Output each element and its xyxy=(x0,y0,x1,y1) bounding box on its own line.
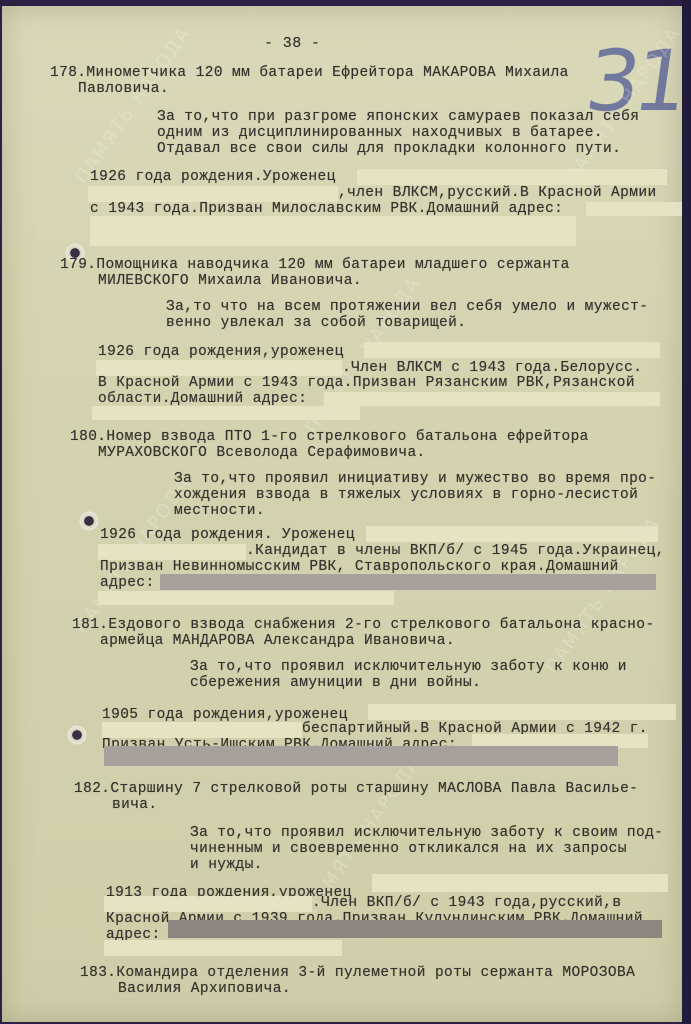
redaction-box xyxy=(104,896,312,912)
redaction-box xyxy=(98,591,394,605)
entry-heading: 181.Ездового взвода снабжения 2-го стрел… xyxy=(72,618,655,633)
bio-text: 1926 года рождения.Уроженец xyxy=(90,170,336,185)
merit-text: и нужды. xyxy=(190,858,263,873)
redaction-box xyxy=(364,342,660,358)
redaction-box xyxy=(357,169,667,185)
redaction-box xyxy=(372,874,668,892)
bio-text: с 1943 года.Призван Милославским РВК.Дом… xyxy=(90,202,563,217)
redaction-box xyxy=(88,186,338,202)
bio-text: области.Домашний адрес: xyxy=(98,392,307,407)
merit-text: чиненным и своевременно откликался на их… xyxy=(190,842,627,857)
page-number: - 38 - xyxy=(264,36,320,51)
entry-heading: 179.Помощника наводчика 120 мм батареи м… xyxy=(60,258,570,273)
redaction-box xyxy=(368,704,676,720)
bio-text: Призван Невинномысским РВК, Ставропольск… xyxy=(100,560,619,575)
redaction-box xyxy=(104,940,342,956)
star-stamp-icon xyxy=(66,724,88,746)
entry-heading: Василия Архиповича. xyxy=(118,982,291,997)
bio-text: .Член ВКП/б/ с 1943 года,русский,в xyxy=(312,896,621,911)
merit-text: местности. xyxy=(174,504,265,519)
entry-heading: МИЛЕВСКОГО Михаила Ивановича. xyxy=(98,274,362,289)
bio-text: В Красной Армии с 1943 года.Призван Ряза… xyxy=(98,376,635,391)
bio-text: .Кандидат в члены ВКП/б/ с 1945 года.Укр… xyxy=(246,544,665,559)
redaction-box xyxy=(102,722,302,738)
entry-heading: 178.Минометчика 120 мм батареи Ефрейтора… xyxy=(50,66,569,81)
merit-text: За то,что при разгроме японских самураев… xyxy=(157,110,639,125)
merit-text: За,то что на всем протяжении вел себя ум… xyxy=(166,300,648,315)
entry-heading: армейца МАНДАРОВА Александра Ивановича. xyxy=(100,634,455,649)
redaction-box xyxy=(168,920,662,938)
entry-heading: МУРАХОВСКОГО Всеволода Серафимовича. xyxy=(98,446,426,461)
redaction-box xyxy=(98,544,246,560)
merit-text: За то,что проявил исключительную заботу … xyxy=(190,826,663,841)
bio-text: 1926 года рождения,уроженец xyxy=(98,345,344,360)
redaction-box xyxy=(366,526,658,542)
bio-text: 1926 года рождения. Уроженец xyxy=(100,528,355,543)
redaction-box xyxy=(96,360,342,376)
redaction-box xyxy=(160,574,656,590)
entry-heading: Павловича. xyxy=(78,82,169,97)
redaction-box xyxy=(92,406,360,420)
entry-heading: 182.Старшину 7 стрелковой роты старшину … xyxy=(74,782,638,797)
entry-heading: вича. xyxy=(112,798,158,813)
redaction-box xyxy=(586,202,682,216)
merit-text: За то,что проявил исключительную заботу … xyxy=(190,660,627,675)
merit-text: Отдавал все свои силы для прокладки коло… xyxy=(157,142,621,157)
document-page: - 38 - 314 ПАМЯТЬ НАРОДА ПАМЯТЬ НАРОДА П… xyxy=(2,6,682,1022)
bio-text: .Член ВЛКСМ с 1943 года.Белорусс. xyxy=(342,361,642,376)
scan-border xyxy=(682,0,691,1024)
bio-text: ,член ВЛКСМ,русский.В Красной Армии xyxy=(338,186,657,201)
redaction-box xyxy=(324,392,660,406)
entry-heading: 183.Командира отделения 3-й пулеметной р… xyxy=(80,966,635,981)
merit-text: одним из дисциплинированных находчивых в… xyxy=(157,126,603,141)
merit-text: венно увлекал за собой товарищей. xyxy=(166,316,466,331)
entry-heading: 180.Номер взвода ПТО 1-го стрелкового ба… xyxy=(70,430,589,445)
watermark: ПАМЯТЬ НАРОДА xyxy=(72,23,195,187)
star-stamp-icon xyxy=(78,510,100,532)
merit-text: сбережения амуниции в дни войны. xyxy=(190,676,481,691)
redaction-box xyxy=(90,216,576,246)
bio-text: адрес: xyxy=(100,576,155,591)
merit-text: За то,что проявил инициативу и мужество … xyxy=(174,472,656,487)
merit-text: хождения взвода в тяжелых условиях в гор… xyxy=(174,488,638,503)
redaction-box xyxy=(104,746,618,766)
